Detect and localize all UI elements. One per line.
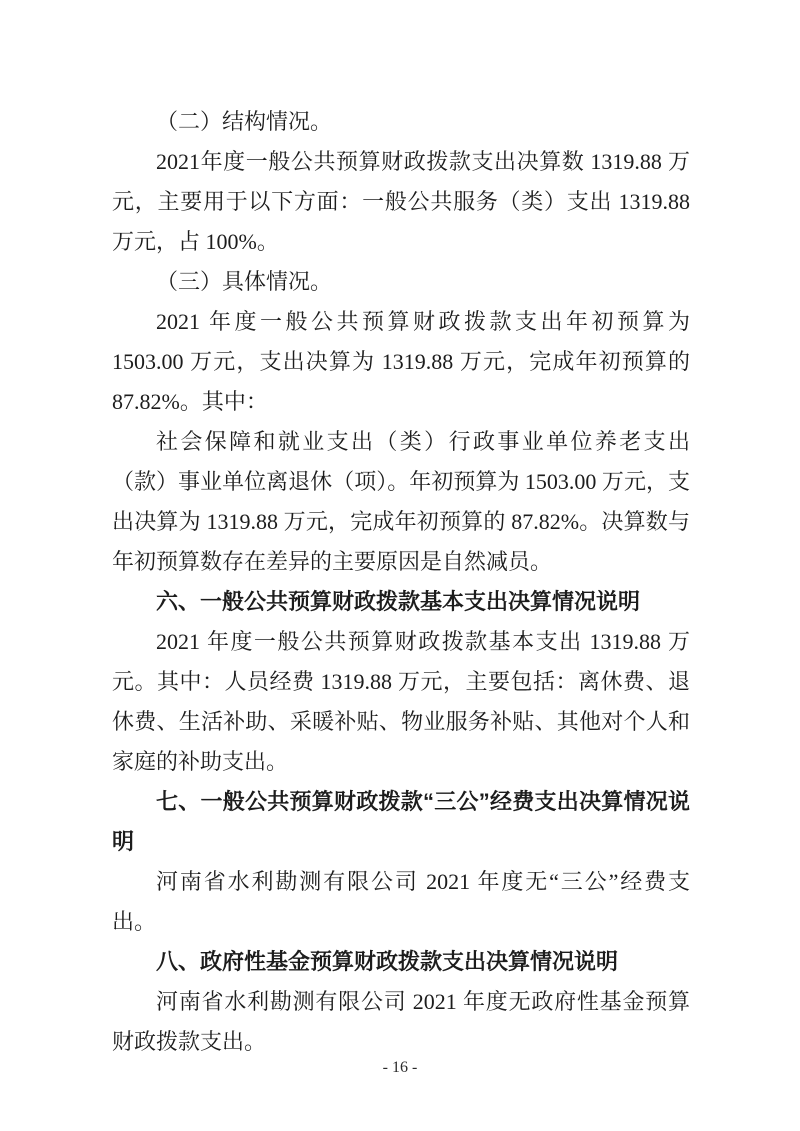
section-6-heading: 六、一般公共预算财政拨款基本支出决算情况说明 [112, 582, 690, 622]
section-8-heading: 八、政府性基金预算财政拨款支出决算情况说明 [112, 942, 690, 982]
document-body: （二）结构情况。 2021年度一般公共预算财政拨款支出决算数 1319.88 万… [112, 102, 690, 1062]
paragraph-specific-subsection-title: （三）具体情况。 [112, 262, 690, 302]
section-7-heading: 七、一般公共预算财政拨款“三公”经费支出决算情况说明 [112, 782, 690, 862]
paragraph-structure-subsection-detail: 2021年度一般公共预算财政拨款支出决算数 1319.88 万元，主要用于以下方… [112, 142, 690, 262]
paragraph-structure-subsection-title: （二）结构情况。 [112, 102, 690, 142]
paragraph-social-security-item-detail: 社会保障和就业支出（类）行政事业单位养老支出（款）事业单位离退休（项）。年初预算… [112, 422, 690, 582]
page-number: - 16 - [383, 1059, 418, 1076]
paragraph-specific-subsection-detail: 2021 年度一般公共预算财政拨款支出年初预算为 1503.00 万元，支出决算… [112, 302, 690, 422]
paragraph-section-6-body: 2021 年度一般公共预算财政拨款基本支出 1319.88 万元。其中：人员经费… [112, 622, 690, 782]
paragraph-section-8-body: 河南省水利勘测有限公司 2021 年度无政府性基金预算财政拨款支出。 [112, 982, 690, 1062]
page-footer: - 16 - [0, 1056, 800, 1080]
paragraph-section-7-body: 河南省水利勘测有限公司 2021 年度无“三公”经费支出。 [112, 862, 690, 942]
document-page: （二）结构情况。 2021年度一般公共预算财政拨款支出决算数 1319.88 万… [0, 0, 800, 1131]
